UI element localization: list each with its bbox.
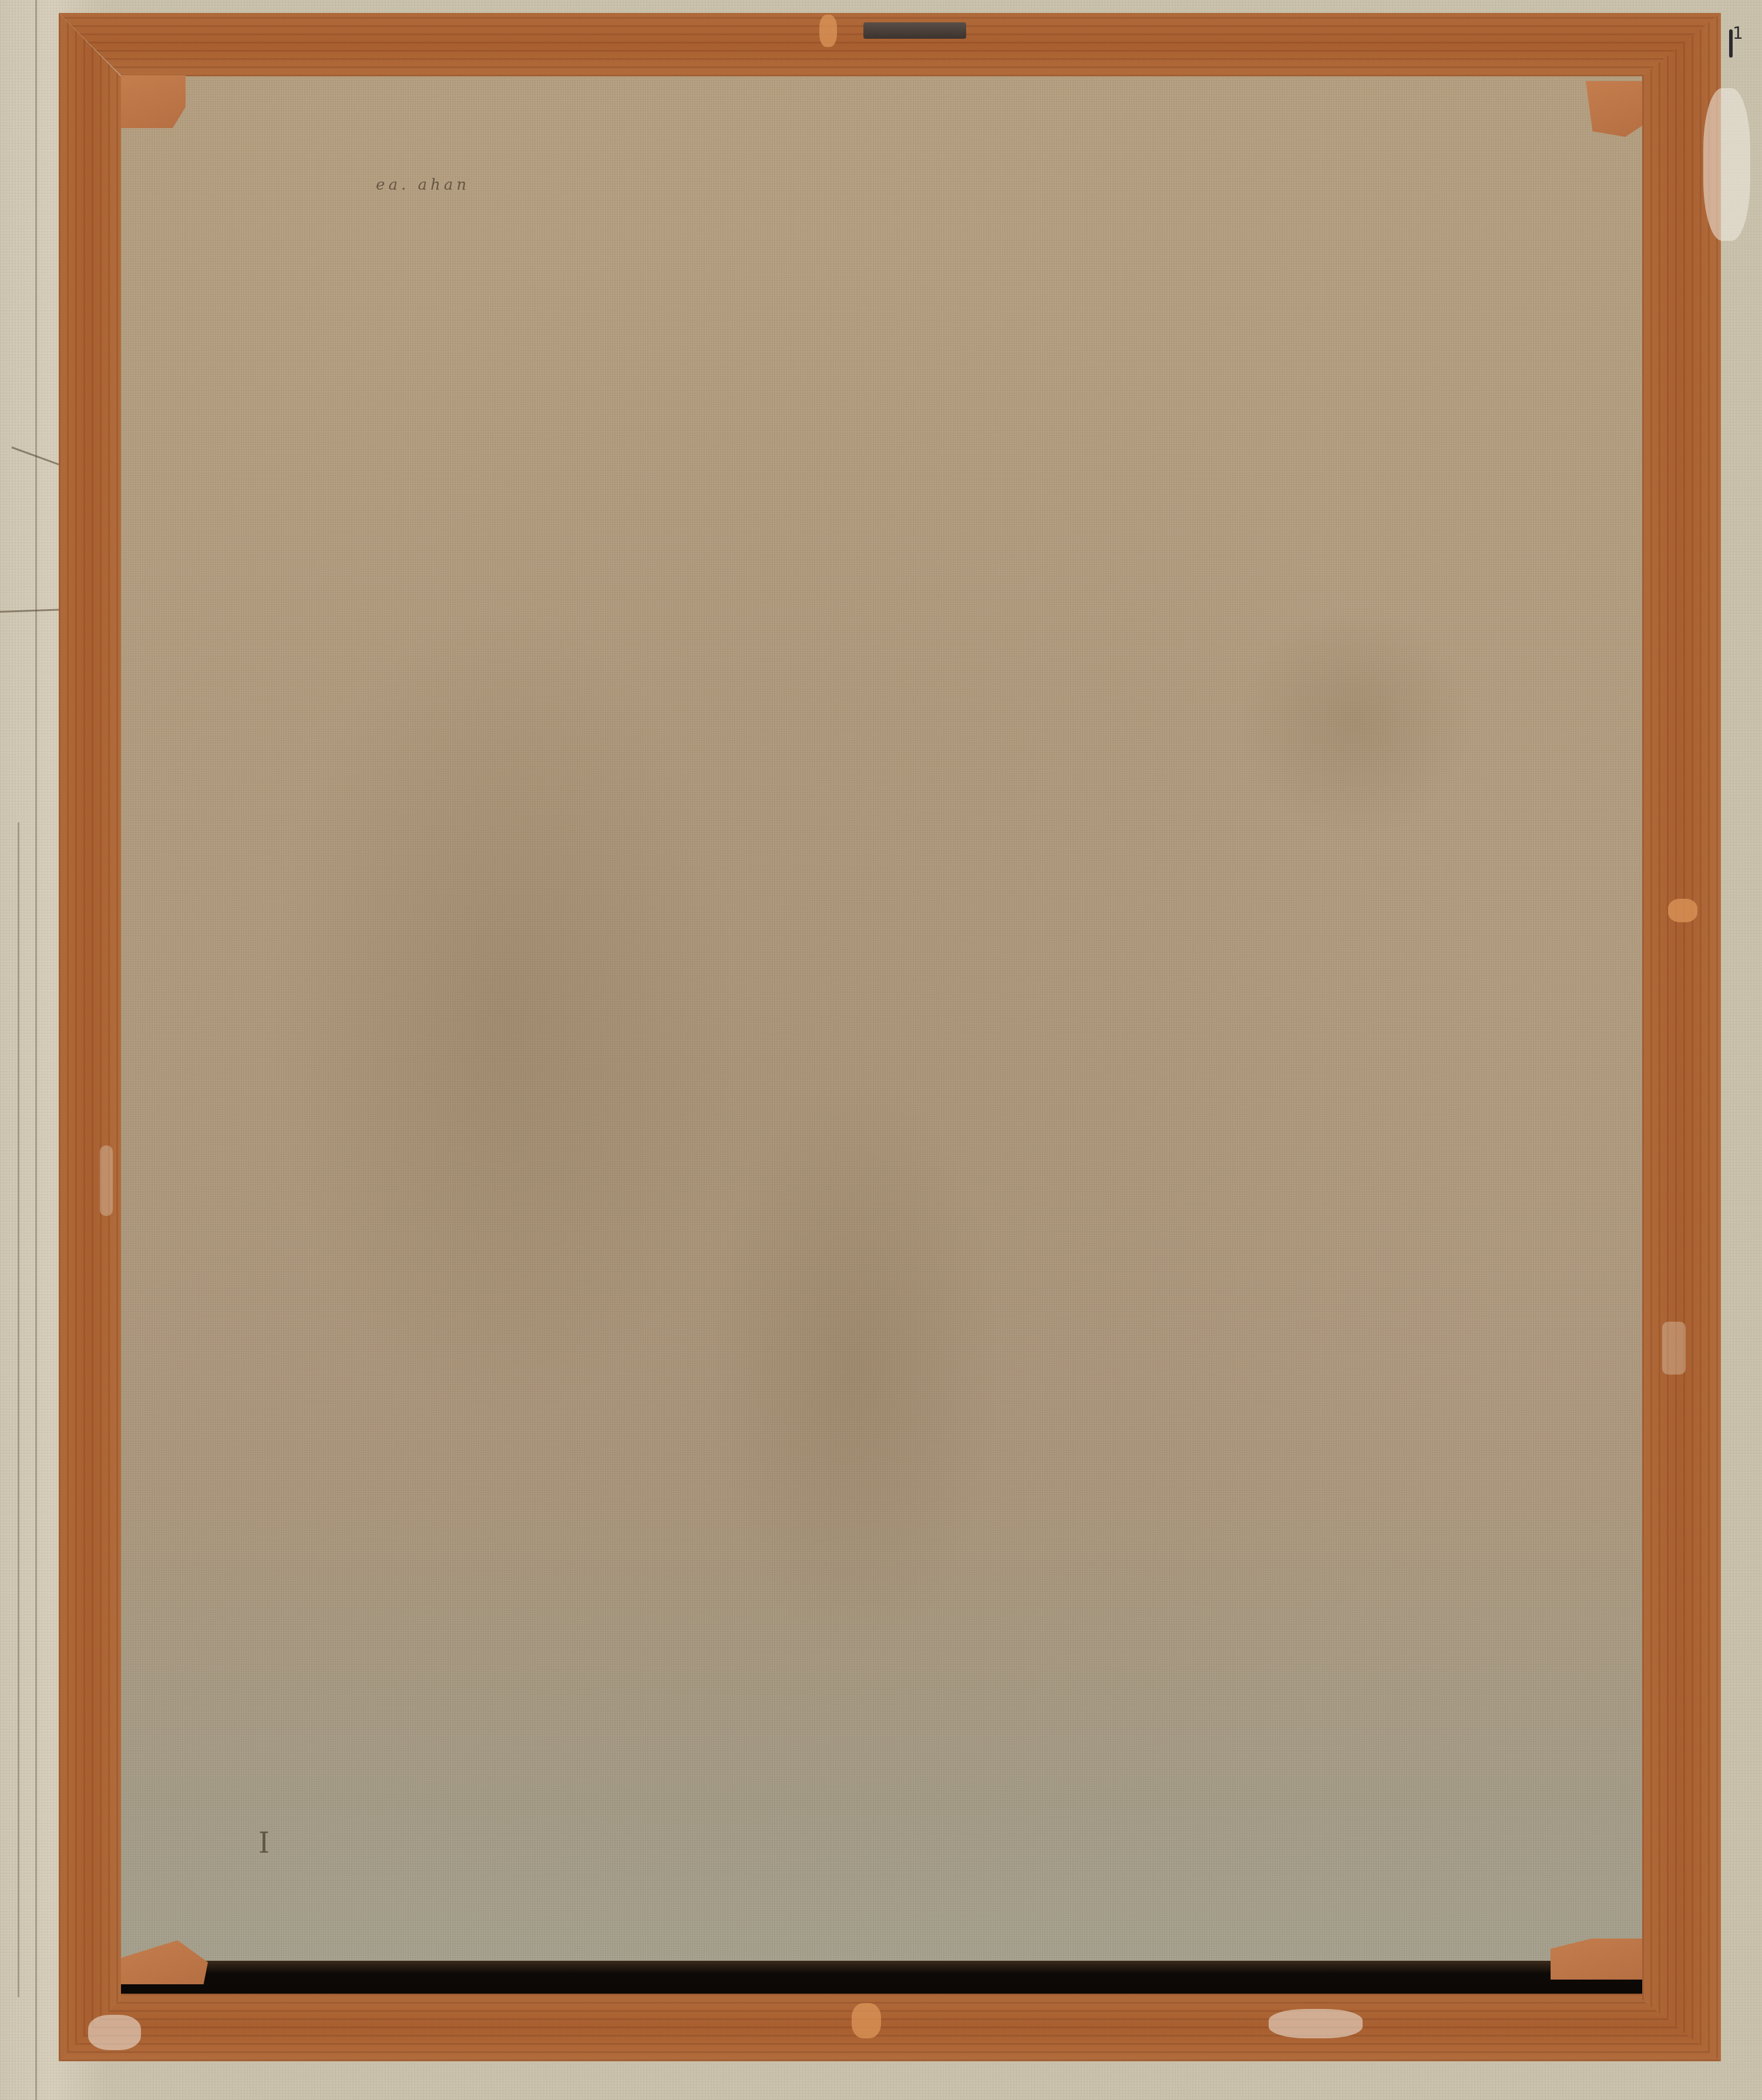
canvas-stain — [268, 604, 738, 1426]
corner-key-top-left — [121, 75, 186, 128]
canvas-back — [121, 75, 1642, 1961]
wood-damage — [819, 15, 837, 47]
canvas-stain — [1237, 604, 1472, 839]
canvas-fold-line — [18, 822, 19, 1997]
pencil-mark: I — [258, 1827, 270, 1860]
corner-number: 1 — [1733, 23, 1743, 43]
stretcher-bar-left — [59, 13, 121, 2061]
painting-back-photo: ea. ahan I 1 — [0, 0, 1762, 2100]
paint-smear — [1703, 88, 1750, 241]
paint-smear — [100, 1145, 113, 1216]
wood-damage — [1668, 899, 1697, 922]
frame-gap-shadow — [121, 1961, 1642, 1994]
pencil-inscription: ea. ahan — [376, 176, 470, 194]
corner-key-top-right — [1586, 81, 1642, 137]
stretcher-bar-right — [1642, 13, 1721, 2061]
wood-damage — [852, 2003, 881, 2038]
paint-smear — [1269, 2009, 1363, 2038]
canvas-stain — [708, 1074, 1002, 1661]
paint-smear — [88, 2015, 141, 2050]
hanging-plate — [863, 22, 966, 39]
stretcher-bar-bottom — [59, 1994, 1721, 2061]
paint-smear — [1662, 1322, 1686, 1375]
canvas-fold-line — [35, 0, 37, 2100]
